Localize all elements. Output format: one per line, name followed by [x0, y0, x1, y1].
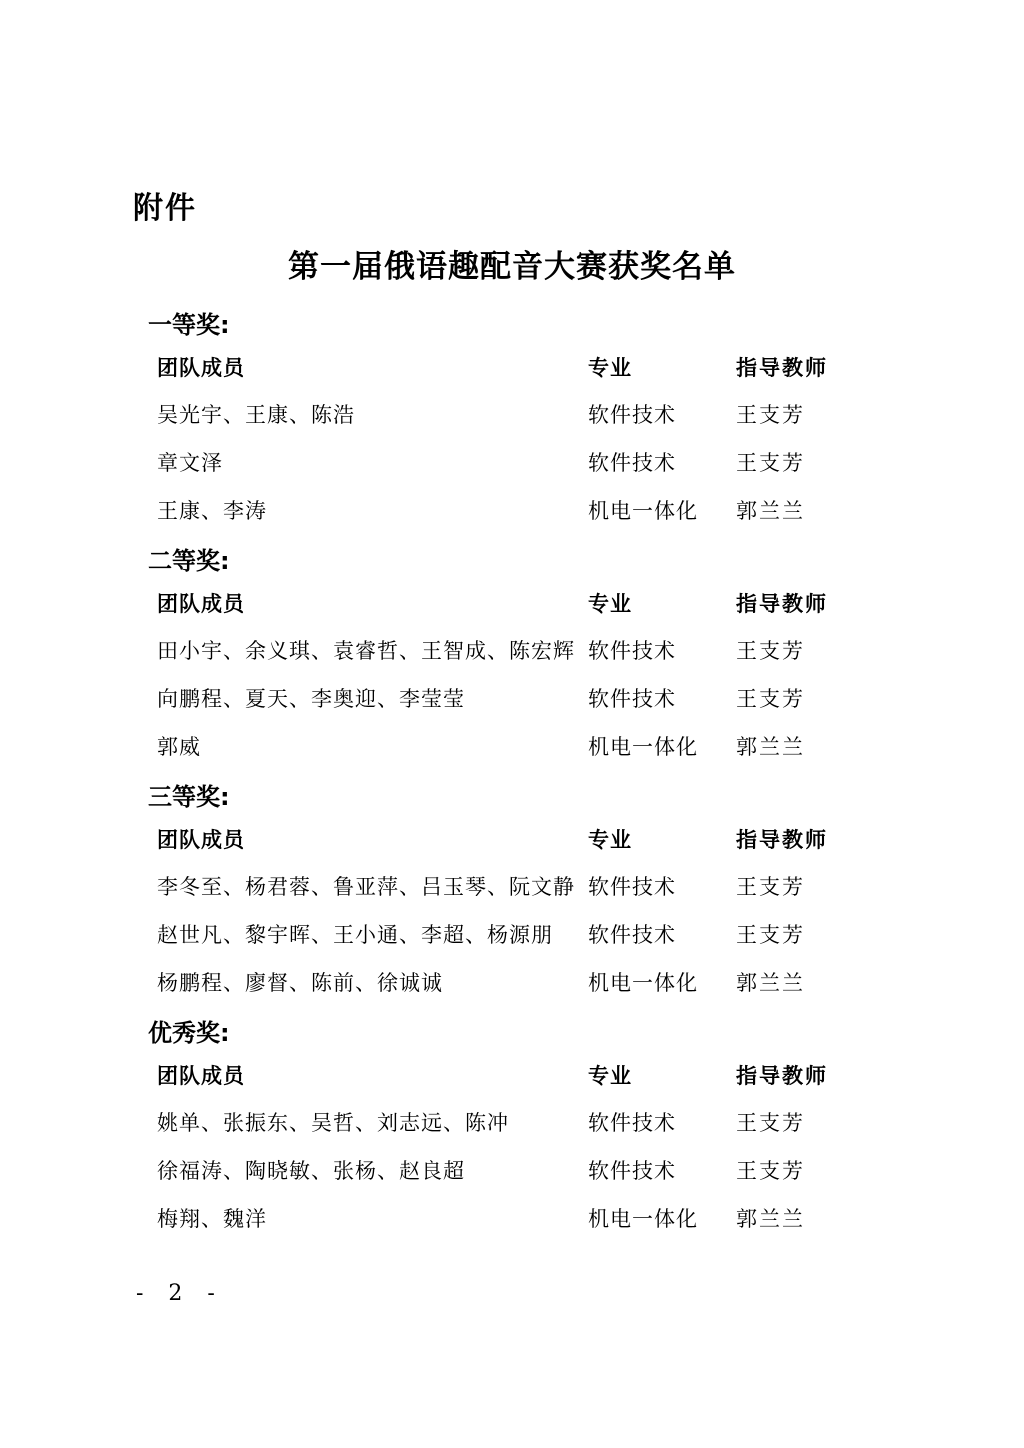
section-second-prize: 二等奖: 团队成员 专业 指导教师 田小宇、余义琪、袁睿哲、王智成、陈宏辉 软件…: [148, 536, 908, 772]
cell-major: 软件技术: [588, 875, 736, 900]
cell-advisor: 王支芳: [736, 639, 908, 664]
cell-members: 姚单、张振东、吴哲、刘志远、陈冲: [148, 1111, 588, 1136]
cell-members: 郭威: [148, 735, 588, 760]
cell-advisor: 王支芳: [736, 1111, 908, 1136]
column-header-members: 团队成员: [148, 591, 588, 616]
table-row: 杨鹏程、廖督、陈前、徐诚诚 机电一体化 郭兰兰: [148, 960, 908, 1008]
table-row: 王康、李涛 机电一体化 郭兰兰: [148, 488, 908, 536]
cell-members: 杨鹏程、廖督、陈前、徐诚诚: [148, 971, 588, 996]
table-row: 向鹏程、夏天、李奥迎、李莹莹 软件技术 王支芳: [148, 676, 908, 724]
table-row: 章文泽 软件技术 王支芳: [148, 440, 908, 488]
cell-advisor: 郭兰兰: [736, 1207, 908, 1232]
table-header-row: 团队成员 专业 指导教师: [148, 1052, 908, 1100]
cell-advisor: 王支芳: [736, 1159, 908, 1184]
column-header-members: 团队成员: [148, 827, 588, 852]
document-page: 附件 第一届俄语趣配音大赛获奖名单 一等奖: 团队成员 专业 指导教师 吴光宇、…: [0, 0, 1024, 1448]
cell-members: 赵世凡、黎宇晖、王小通、李超、杨源朋: [148, 923, 588, 948]
column-header-major: 专业: [588, 827, 736, 852]
cell-major: 软件技术: [588, 403, 736, 428]
table-header-row: 团队成员 专业 指导教师: [148, 344, 908, 392]
column-header-advisor: 指导教师: [736, 355, 908, 380]
cell-advisor: 王支芳: [736, 687, 908, 712]
cell-major: 软件技术: [588, 639, 736, 664]
table-header-row: 团队成员 专业 指导教师: [148, 580, 908, 628]
cell-major: 机电一体化: [588, 1207, 736, 1232]
cell-major: 软件技术: [588, 451, 736, 476]
cell-members: 田小宇、余义琪、袁睿哲、王智成、陈宏辉: [148, 639, 588, 664]
table-row: 田小宇、余义琪、袁睿哲、王智成、陈宏辉 软件技术 王支芳: [148, 628, 908, 676]
table-row: 赵世凡、黎宇晖、王小通、李超、杨源朋 软件技术 王支芳: [148, 912, 908, 960]
cell-members: 王康、李涛: [148, 499, 588, 524]
section-third-prize: 三等奖: 团队成员 专业 指导教师 李冬至、杨君蓉、鲁亚萍、吕玉琴、阮文静 软件…: [148, 772, 908, 1008]
section-excellence-award: 优秀奖: 团队成员 专业 指导教师 姚单、张振东、吴哲、刘志远、陈冲 软件技术 …: [148, 1008, 908, 1244]
cell-members: 徐福涛、陶晓敏、张杨、赵良超: [148, 1159, 588, 1184]
cell-major: 机电一体化: [588, 499, 736, 524]
table-row: 徐福涛、陶晓敏、张杨、赵良超 软件技术 王支芳: [148, 1148, 908, 1196]
section-first-prize: 一等奖: 团队成员 专业 指导教师 吴光宇、王康、陈浩 软件技术 王支芳 章文泽…: [148, 300, 908, 536]
cell-major: 机电一体化: [588, 971, 736, 996]
table-row: 吴光宇、王康、陈浩 软件技术 王支芳: [148, 392, 908, 440]
cell-advisor: 郭兰兰: [736, 971, 908, 996]
page-number: - 2 -: [136, 1281, 224, 1306]
attachment-label: 附件: [133, 183, 197, 227]
cell-advisor: 王支芳: [736, 403, 908, 428]
cell-major: 软件技术: [588, 687, 736, 712]
section-label: 优秀奖:: [148, 1008, 908, 1052]
cell-members: 吴光宇、王康、陈浩: [148, 403, 588, 428]
cell-members: 梅翔、魏洋: [148, 1207, 588, 1232]
page-title: 第一届俄语趣配音大赛获奖名单: [0, 241, 1024, 286]
column-header-advisor: 指导教师: [736, 827, 908, 852]
table-row: 姚单、张振东、吴哲、刘志远、陈冲 软件技术 王支芳: [148, 1100, 908, 1148]
table-row: 李冬至、杨君蓉、鲁亚萍、吕玉琴、阮文静 软件技术 王支芳: [148, 864, 908, 912]
column-header-members: 团队成员: [148, 1063, 588, 1088]
section-label: 三等奖:: [148, 772, 908, 816]
award-list: 一等奖: 团队成员 专业 指导教师 吴光宇、王康、陈浩 软件技术 王支芳 章文泽…: [148, 300, 908, 1244]
column-header-major: 专业: [588, 591, 736, 616]
cell-members: 李冬至、杨君蓉、鲁亚萍、吕玉琴、阮文静: [148, 875, 588, 900]
column-header-members: 团队成员: [148, 355, 588, 380]
column-header-major: 专业: [588, 1063, 736, 1088]
table-row: 郭威 机电一体化 郭兰兰: [148, 724, 908, 772]
cell-major: 软件技术: [588, 1111, 736, 1136]
table-header-row: 团队成员 专业 指导教师: [148, 816, 908, 864]
column-header-advisor: 指导教师: [736, 591, 908, 616]
cell-advisor: 郭兰兰: [736, 735, 908, 760]
cell-members: 章文泽: [148, 451, 588, 476]
column-header-advisor: 指导教师: [736, 1063, 908, 1088]
column-header-major: 专业: [588, 355, 736, 380]
cell-advisor: 王支芳: [736, 451, 908, 476]
section-label: 一等奖:: [148, 300, 908, 344]
table-row: 梅翔、魏洋 机电一体化 郭兰兰: [148, 1196, 908, 1244]
cell-major: 机电一体化: [588, 735, 736, 760]
section-label: 二等奖:: [148, 536, 908, 580]
cell-advisor: 郭兰兰: [736, 499, 908, 524]
cell-members: 向鹏程、夏天、李奥迎、李莹莹: [148, 687, 588, 712]
cell-advisor: 王支芳: [736, 923, 908, 948]
cell-major: 软件技术: [588, 1159, 736, 1184]
cell-advisor: 王支芳: [736, 875, 908, 900]
cell-major: 软件技术: [588, 923, 736, 948]
